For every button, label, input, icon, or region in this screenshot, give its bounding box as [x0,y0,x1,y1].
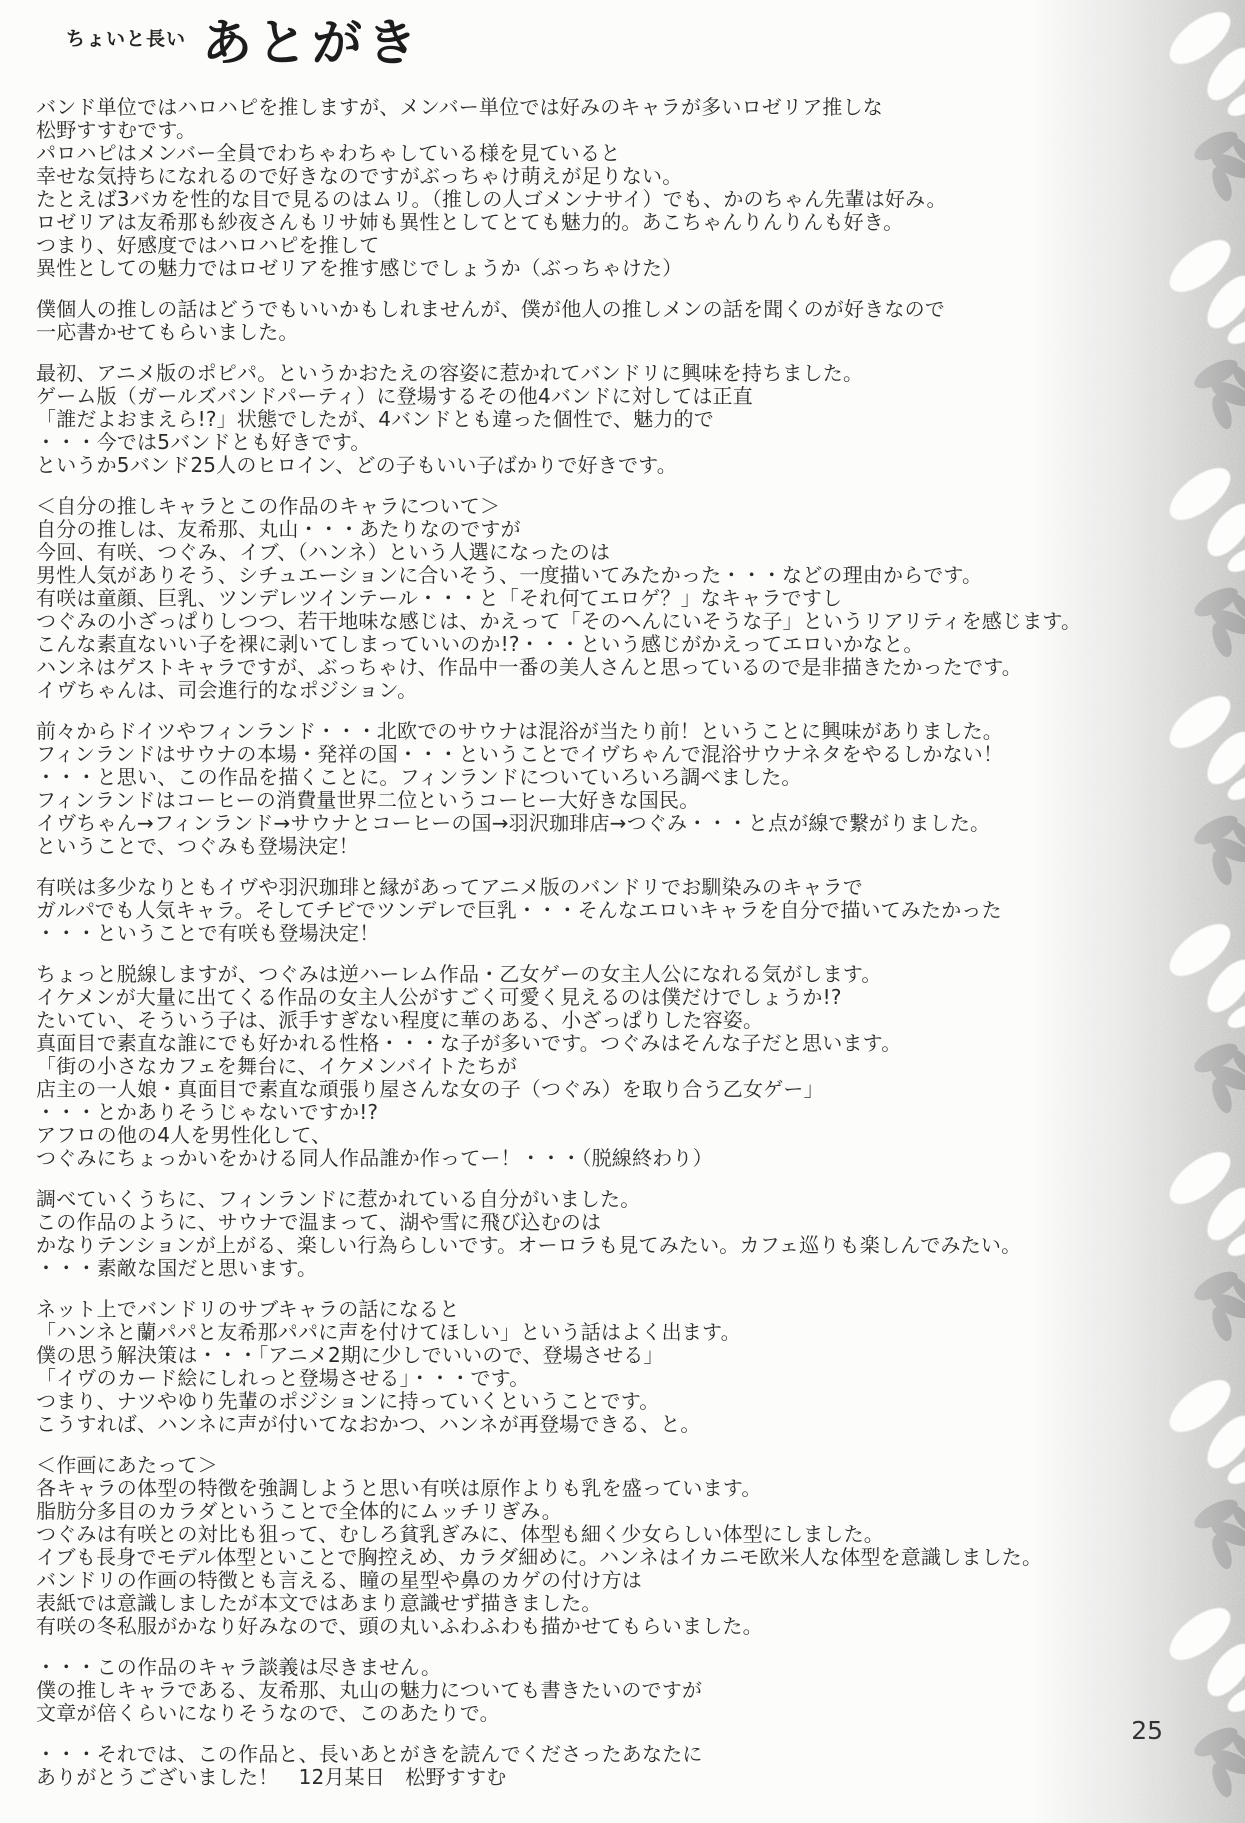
text-line: イヴちゃん→フィンランド→サウナとコーヒーの国→羽沢珈琲店→つぐみ・・・と点が線… [36,812,1186,835]
paragraph: 前々からドイツやフィンランド・・・北欧でのサウナは混浴が当たり前！ということに興… [36,720,1186,858]
text-line: ガルパでも人気キャラ。そしてチビでツンデレで巨乳・・・そんなエロいキャラを自分で… [36,899,1186,922]
text-line: パロハピはメンバー全員でわちゃわちゃしている様を見ていると [36,142,1186,165]
text-line: 有咲は多少なりともイヴや羽沢珈琲と縁があってアニメ版のバンドリでお馴染みのキャラ… [36,876,1186,899]
text-line: 真面目で素直な誰にでも好かれる性格・・・な子が多いです。つぐみはそんな子だと思い… [36,1032,1186,1055]
text-line: イヴちゃんは、司会進行的なポジション。 [36,679,1186,702]
text-line: 各キャラの体型の特徴を強調しようと思い有咲は原作よりも乳を盛っています。 [36,1477,1186,1500]
paragraph: バンド単位ではハロハピを推しますが、メンバー単位では好みのキャラが多いロゼリア推… [36,96,1186,280]
text-line: ということで、つぐみも登場決定！ [36,835,1186,858]
text-line: アフロの他の4人を男性化して、 [36,1124,1186,1147]
paragraph: 僕個人の推しの話はどうでもいいかもしれませんが、僕が他人の推しメンの話を聞くのが… [36,298,1186,344]
afterword-page: ちょいと長い あとがき バンド単位ではハロハピを推しますが、メンバー単位では好み… [0,0,1186,1789]
text-line: ハンネはゲストキャラですが、ぶっちゃけ、作品中一番の美人さんと思っているので是非… [36,656,1186,679]
text-line: 「街の小さなカフェを舞台に、イケメンバイトたちが [36,1055,1186,1078]
paragraph: ・・・それでは、この作品と、長いあとがきを読んでくださったあなたにありがとうござ… [36,1743,1186,1789]
text-line: こんな素直ないい子を裸に剥いてしまっていいのか!?・・・という感じがかえってエロ… [36,633,1186,656]
text-line: バンドリの作画の特徴とも言える、瞳の星型や鼻のカゲの付け方は [36,1569,1186,1592]
text-line: バンド単位ではハロハピを推しますが、メンバー単位では好みのキャラが多いロゼリア推… [36,96,1186,119]
text-line: イブも長身でモデル体型といことで胸控えめ、カラダ細めに。ハンネはイカニモ欧米人な… [36,1546,1186,1569]
paragraph: ＜作画にあたって＞各キャラの体型の特徴を強調しようと思い有咲は原作よりも乳を盛っ… [36,1454,1186,1638]
text-line: この作品のように、サウナで温まって、湖や雪に飛び込むのは [36,1211,1186,1234]
text-line: ありがとうございました！ 12月某日 松野すすむ [36,1766,1186,1789]
text-line: 異性としての魅力ではロゼリアを推す感じでしょうか（ぶっちゃけた） [36,257,1186,280]
text-line: 脂肪分多目のカラダということで全体的にムッチリぎみ。 [36,1500,1186,1523]
text-line: 男性人気がありそう、シチュエーションに合いそう、一度描いてみたかった・・・などの… [36,564,1186,587]
text-line: イケメンが大量に出てくる作品の女主人公がすごく可愛く見えるのは僕だけでしょうか!… [36,986,1186,1009]
text-line: 自分の推しは、友希那、丸山・・・あたりなのですが [36,518,1186,541]
text-line: ・・・と思い、この作品を描くことに。フィンランドについていろいろ調べました。 [36,766,1186,789]
text-line: 調べていくうちに、フィンランドに惹かれている自分がいました。 [36,1188,1186,1211]
page-title-qualifier: ちょいと長い [66,24,186,51]
text-line: 有咲は童顔、巨乳、ツンデレツインテール・・・と「それ何てエロゲ？」なキャラですし [36,587,1186,610]
body-text: バンド単位ではハロハピを推しますが、メンバー単位では好みのキャラが多いロゼリア推… [36,96,1186,1789]
text-line: フィンランドはサウナの本場・発祥の国・・・ということでイヴちゃんで混浴サウナネタ… [36,743,1186,766]
text-line: 松野すすむです。 [36,119,1186,142]
text-line: 僕の推しキャラである、友希那、丸山の魅力についても書きたいのですが [36,1679,1186,1702]
paragraph: ちょっと脱線しますが、つぐみは逆ハーレム作品・乙女ゲーの女主人公になれる気がしま… [36,963,1186,1170]
text-line: 文章が倍くらいになりそうなので、このあたりで。 [36,1702,1186,1725]
text-line: ＜作画にあたって＞ [36,1454,1186,1477]
text-line: ・・・ということで有咲も登場決定！ [36,922,1186,945]
text-line: つぐみにちょっかいをかける同人作品誰か作ってー！・・・（脱線終わり） [36,1147,1186,1170]
text-line: 幸せな気持ちになれるので好きなのですがぶっちゃけ萌えが足りない。 [36,165,1186,188]
paragraph: 最初、アニメ版のポピパ。というかおたえの容姿に惹かれてバンドリに興味を持ちました… [36,362,1186,477]
text-line: つまり、好感度ではハロハピを推して [36,234,1186,257]
page-number: 25 [1131,1716,1163,1745]
text-line: 表紙では意識しましたが本文ではあまり意識せず描きました。 [36,1592,1186,1615]
text-line: たとえば3バカを性的な目で見るのはムリ。（推しの人ゴメンナサイ）でも、かのちゃん… [36,188,1186,211]
text-line: ネット上でバンドリのサブキャラの話になると [36,1298,1186,1321]
text-line: 店主の一人娘・真面目で素直な頑張り屋さんな女の子（つぐみ）を取り合う乙女ゲー」 [36,1078,1186,1101]
text-line: ・・・今では5バンドとも好きです。 [36,431,1186,454]
text-line: ・・・素敵な国だと思います。 [36,1257,1186,1280]
text-line: ゲーム版（ガールズバンドパーティ）に登場するその他4バンドに対しては正直 [36,385,1186,408]
text-line: というか5バンド25人のヒロイン、どの子もいい子ばかりで好きです。 [36,454,1186,477]
paragraph: ＜自分の推しキャラとこの作品のキャラについて＞自分の推しは、友希那、丸山・・・あ… [36,495,1186,702]
text-line: ロゼリアは友希那も紗夜さんもリサ姉も異性としてとても魅力的。あこちゃんりんりんも… [36,211,1186,234]
text-line: 僕の思う解決策は・・・「アニメ2期に少しでいいので、登場させる」 [36,1344,1186,1367]
paragraph: 有咲は多少なりともイヴや羽沢珈琲と縁があってアニメ版のバンドリでお馴染みのキャラ… [36,876,1186,945]
text-line: 僕個人の推しの話はどうでもいいかもしれませんが、僕が他人の推しメンの話を聞くのが… [36,298,1186,321]
text-line: ・・・この作品のキャラ談義は尽きません。 [36,1656,1186,1679]
text-line: 「イヴのカード絵にしれっと登場させる」・・・です。 [36,1367,1186,1390]
text-line: ・・・とかありそうじゃないですか!? [36,1101,1186,1124]
paragraph: ・・・この作品のキャラ談義は尽きません。僕の推しキャラである、友希那、丸山の魅力… [36,1656,1186,1725]
page-title: あとがき [202,18,422,68]
text-line: ・・・それでは、この作品と、長いあとがきを読んでくださったあなたに [36,1743,1186,1766]
text-line: つぐみは有咲との対比も狙って、むしろ貧乳ぎみに、体型も細く少女らしい体型にしまし… [36,1523,1186,1546]
page-title-block: ちょいと長い あとがき [66,18,1186,84]
text-line: ＜自分の推しキャラとこの作品のキャラについて＞ [36,495,1186,518]
text-line: こうすれば、ハンネに声が付いてなおかつ、ハンネが再登場できる、と。 [36,1413,1186,1436]
text-line: たいてい、そういう子は、派手すぎない程度に華のある、小ざっぱりした容姿。 [36,1009,1186,1032]
paragraph: 調べていくうちに、フィンランドに惹かれている自分がいました。この作品のように、サ… [36,1188,1186,1280]
text-line: 「誰だよおまえら!?」状態でしたが、4バンドとも違った個性で、魅力的で [36,408,1186,431]
text-line: フィンランドはコーヒーの消費量世界二位というコーヒー大好きな国民。 [36,789,1186,812]
text-line: 一応書かせてもらいました。 [36,321,1186,344]
text-line: ちょっと脱線しますが、つぐみは逆ハーレム作品・乙女ゲーの女主人公になれる気がしま… [36,963,1186,986]
text-line: 「ハンネと蘭パパと友希那パパに声を付けてほしい」という話はよく出ます。 [36,1321,1186,1344]
text-line: かなりテンションが上がる、楽しい行為らしいです。オーロラも見てみたい。カフェ巡り… [36,1234,1186,1257]
text-line: 有咲の冬私服がかなり好みなので、頭の丸いふわふわも描かせてもらいました。 [36,1615,1186,1638]
text-line: つぐみの小ざっぱりしつつ、若干地味な感じは、かえって「そのへんにいそうな子」とい… [36,610,1186,633]
text-line: 前々からドイツやフィンランド・・・北欧でのサウナは混浴が当たり前！ということに興… [36,720,1186,743]
paragraph: ネット上でバンドリのサブキャラの話になると「ハンネと蘭パパと友希那パパに声を付け… [36,1298,1186,1436]
text-line: 今回、有咲、つぐみ、イブ、（ハンネ）という人選になったのは [36,541,1186,564]
text-line: 最初、アニメ版のポピパ。というかおたえの容姿に惹かれてバンドリに興味を持ちました… [36,362,1186,385]
text-line: つまり、ナツやゆり先輩のポジションに持っていくということです。 [36,1390,1186,1413]
